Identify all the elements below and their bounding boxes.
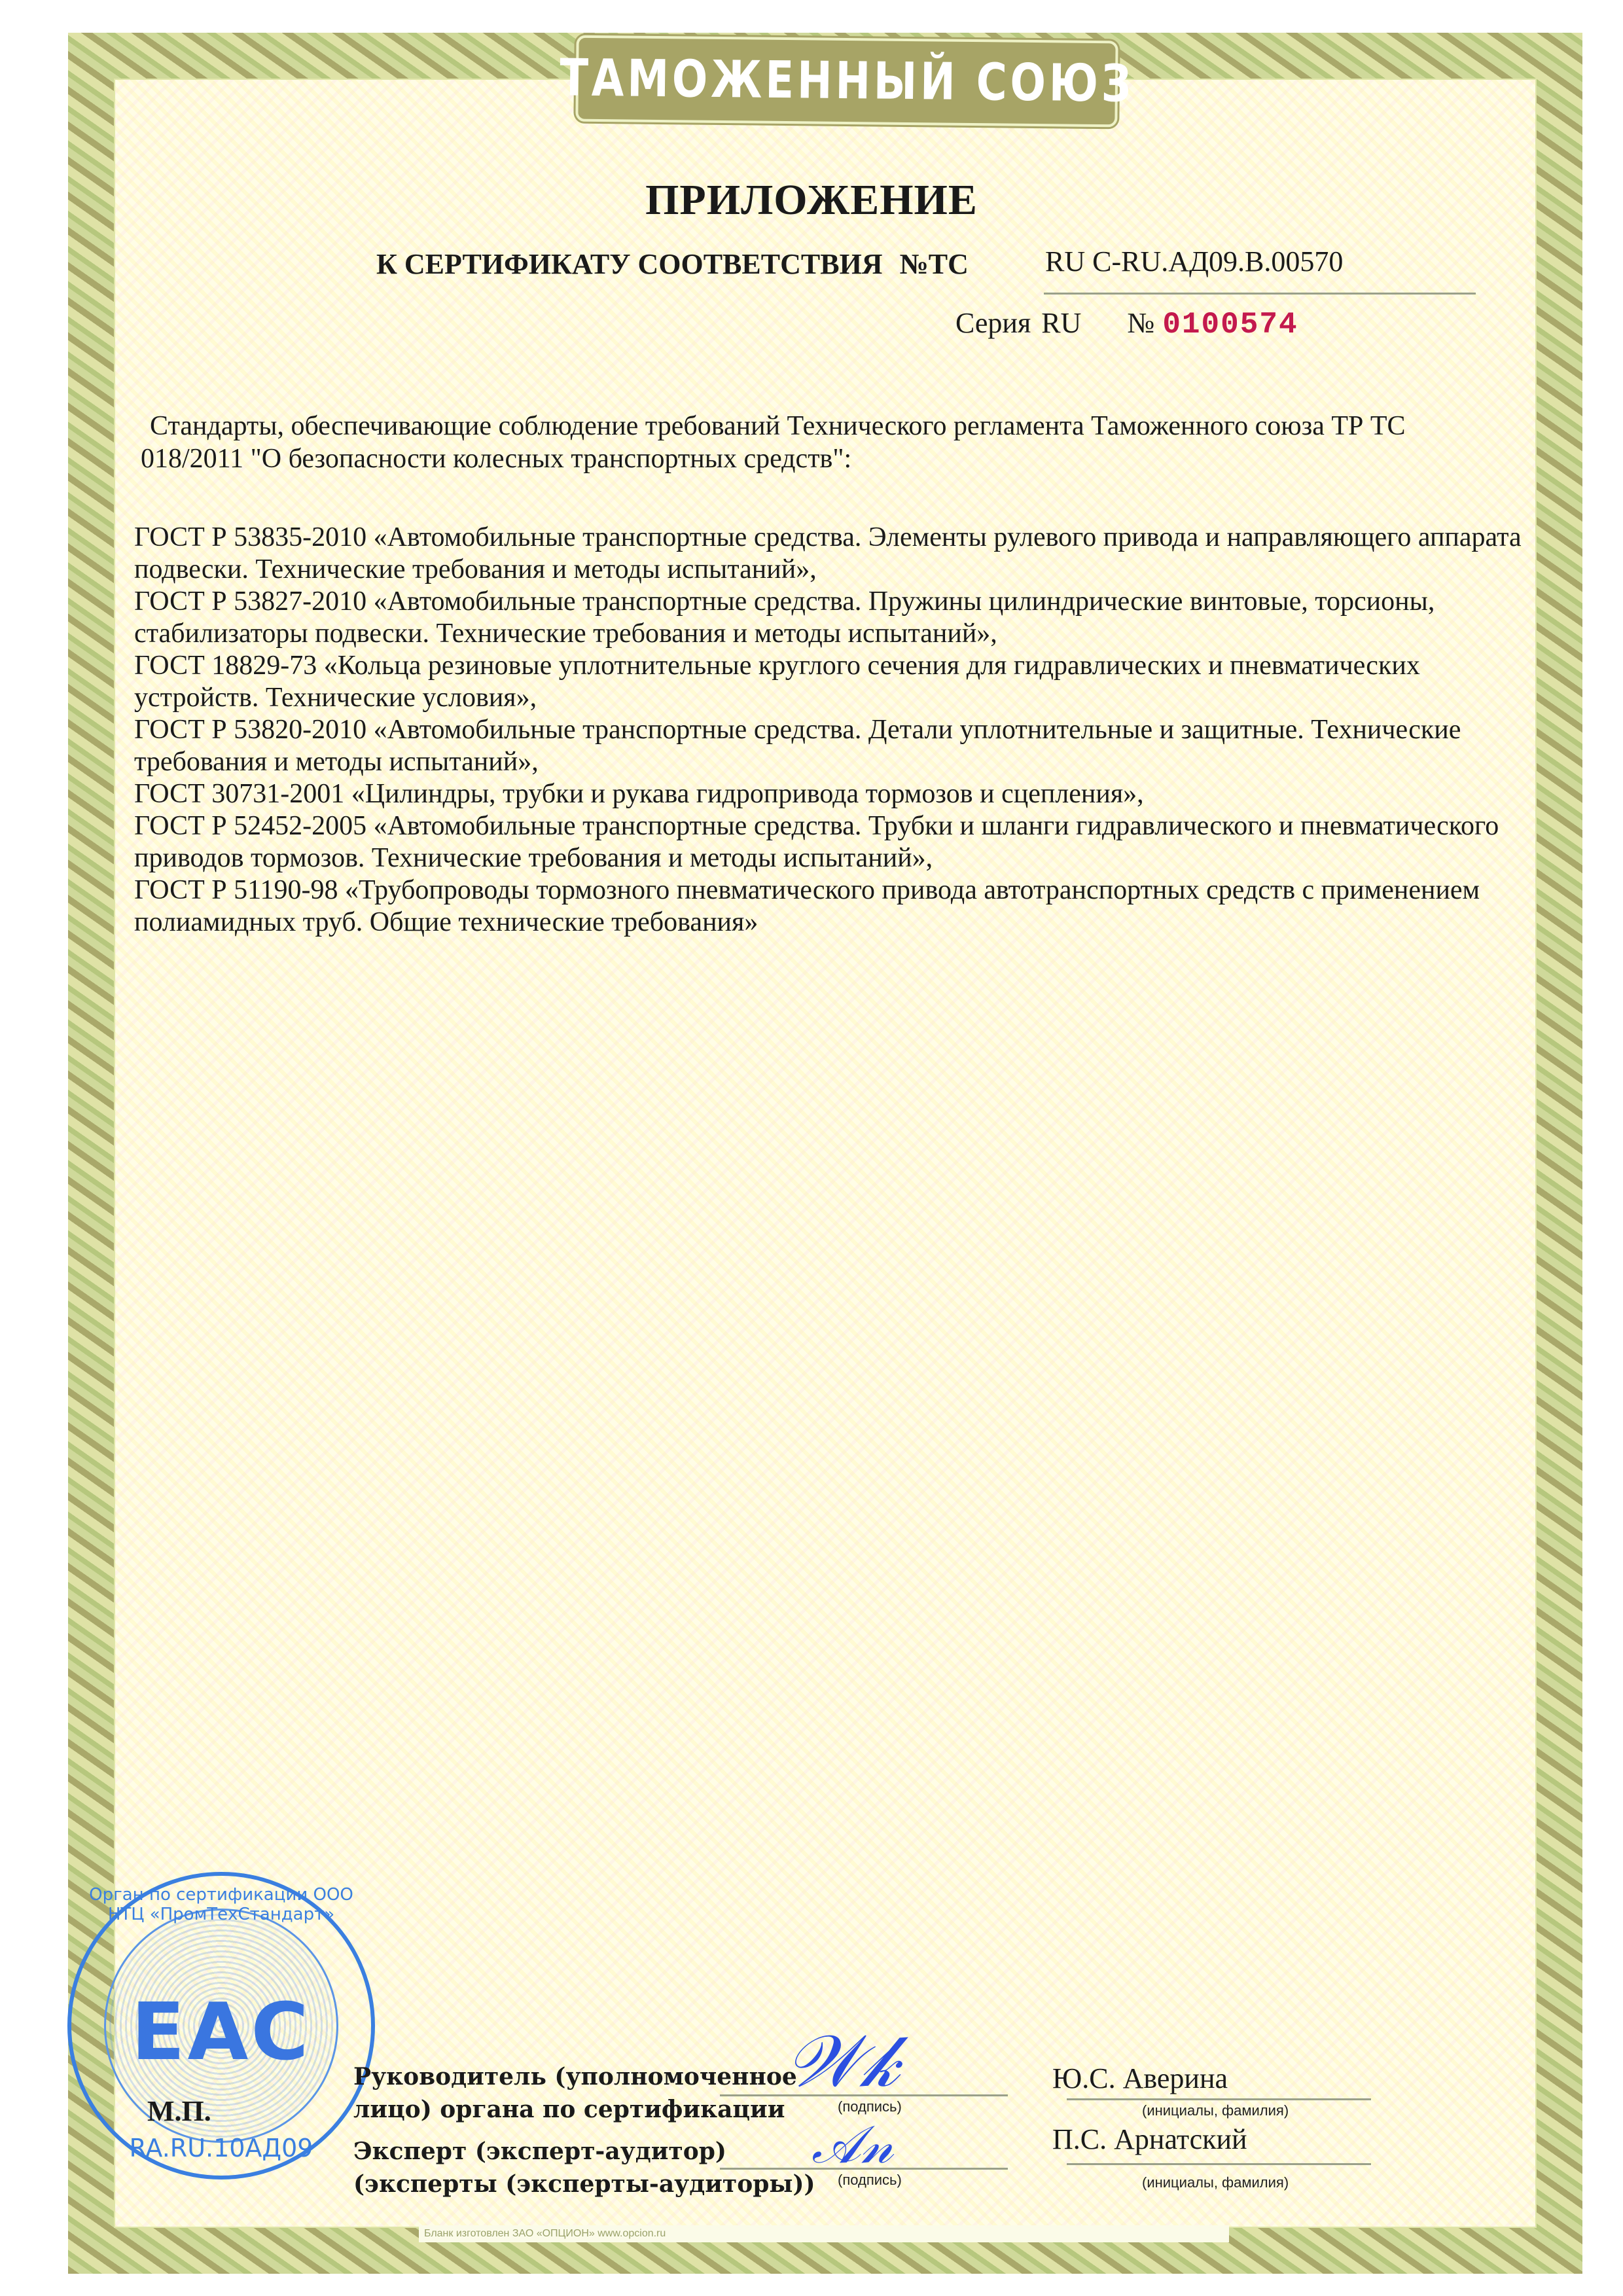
blank-series: СерияRU№0100574 <box>955 306 1298 342</box>
cert-label: К СЕРТИФИКАТУ СООТВЕТСТВИЯ <box>376 248 883 280</box>
standard-item: ГОСТ Р 53835-2010 «Автомобильные транспо… <box>134 522 1528 586</box>
cert-number-underline <box>1044 293 1476 295</box>
intro-paragraph: Стандарты, обеспечивающие соблюдение тре… <box>141 410 1482 475</box>
standard-item: ГОСТ 18829-73 «Кольца резиновые уплотнит… <box>134 650 1528 714</box>
blank-no-sign: № <box>1127 307 1154 339</box>
seal-arc-text: Орган по сертификации ООО НТЦ «ПромТехСт… <box>71 1885 371 1924</box>
certification-seal: Орган по сертификации ООО НТЦ «ПромТехСт… <box>67 1872 375 2179</box>
series-label: Серия <box>955 307 1031 339</box>
head-name: Ю.С. Аверина <box>1052 2062 1228 2095</box>
seal-accreditation-number: RA.RU.10АД09 <box>71 2134 371 2162</box>
page-title: ПРИЛОЖЕНИЕ <box>0 175 1623 225</box>
head-signature: 𝒲𝓀 <box>785 2019 899 2104</box>
head-label-line1: Руководитель (уполномоченное <box>353 2060 797 2093</box>
expert-name-caption: (инициалы, фамилия) <box>1142 2174 1289 2191</box>
seal-place-mark: М.П. <box>147 2094 211 2128</box>
head-signature-line <box>720 2094 1008 2096</box>
head-name-line <box>1067 2098 1371 2100</box>
cert-no-label: №ТС <box>900 248 969 280</box>
eac-mark-icon: EAC <box>71 1987 371 2078</box>
blank-number: 0100574 <box>1162 308 1298 342</box>
standard-item: ГОСТ Р 51190-98 «Трубопроводы тормозного… <box>134 874 1528 939</box>
printer-imprint: Бланк изготовлен ЗАО «ОПЦИОН» www.opcion… <box>419 2225 1229 2242</box>
expert-label-line1: Эксперт (эксперт-аудитор) <box>353 2135 815 2168</box>
customs-union-banner: ТАМОЖЕННЫЙ СОЮЗ <box>575 35 1118 128</box>
head-signature-caption: (подпись) <box>838 2098 902 2115</box>
expert-signature: 𝒜𝓃 <box>811 2114 893 2176</box>
standard-item: ГОСТ Р 53820-2010 «Автомобильные транспо… <box>134 714 1528 778</box>
cert-number: RU C-RU.АД09.В.00570 <box>1045 245 1343 278</box>
series-code: RU <box>1041 307 1081 339</box>
head-label: Руководитель (уполномоченное лицо) орган… <box>353 2060 797 2126</box>
expert-signature-line <box>720 2168 1008 2170</box>
standard-item: ГОСТ 30731-2001 «Цилиндры, трубки и рука… <box>134 778 1528 810</box>
head-name-caption: (инициалы, фамилия) <box>1142 2102 1289 2119</box>
certificate-reference: К СЕРТИФИКАТУ СООТВЕТСТВИЯ№ТС <box>376 247 969 281</box>
expert-name-line <box>1067 2163 1371 2165</box>
expert-signature-caption: (подпись) <box>838 2172 902 2189</box>
expert-label-line2: (эксперты (эксперты-аудиторы)) <box>353 2168 815 2200</box>
standard-item: ГОСТ Р 52452-2005 «Автомобильные транспо… <box>134 810 1528 874</box>
expert-name: П.С. Арнатский <box>1052 2123 1247 2156</box>
banner-text: ТАМОЖЕННЫЙ СОЮЗ <box>560 48 1135 113</box>
standard-item: ГОСТ Р 53827-2010 «Автомобильные транспо… <box>134 586 1528 650</box>
standards-list: ГОСТ Р 53835-2010 «Автомобильные транспо… <box>134 522 1528 939</box>
head-label-line2: лицо) органа по сертификации <box>353 2093 797 2126</box>
